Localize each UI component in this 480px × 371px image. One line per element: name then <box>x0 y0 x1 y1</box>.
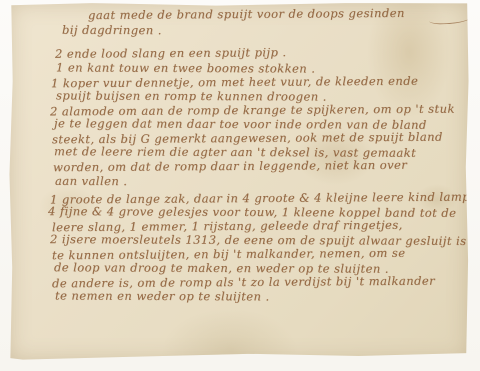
manuscript-line: 1 en kant touw en twee boomes stokken . <box>56 60 315 75</box>
manuscript-line: te nemen en weder op te sluijten . <box>55 289 270 304</box>
manuscript-line: 2 ende lood slang en een spuijt pijp . <box>55 45 287 61</box>
manuscript-line: worden, om dat de romp daar in leggende,… <box>53 158 407 174</box>
pen-flourish <box>429 13 471 25</box>
scan-background: gaat mede de brand spuijt voor de doops … <box>0 0 480 371</box>
manuscript-line: aan vallen . <box>55 174 127 188</box>
manuscript-paper: gaat mede de brand spuijt voor de doops … <box>9 2 469 361</box>
manuscript-line: spuijt buijsen en romp te kunnen droogen… <box>56 88 327 103</box>
manuscript-line: bij dagdringen . <box>62 23 162 37</box>
manuscript-line: gaat mede de brand spuijt voor de doops … <box>88 6 405 22</box>
